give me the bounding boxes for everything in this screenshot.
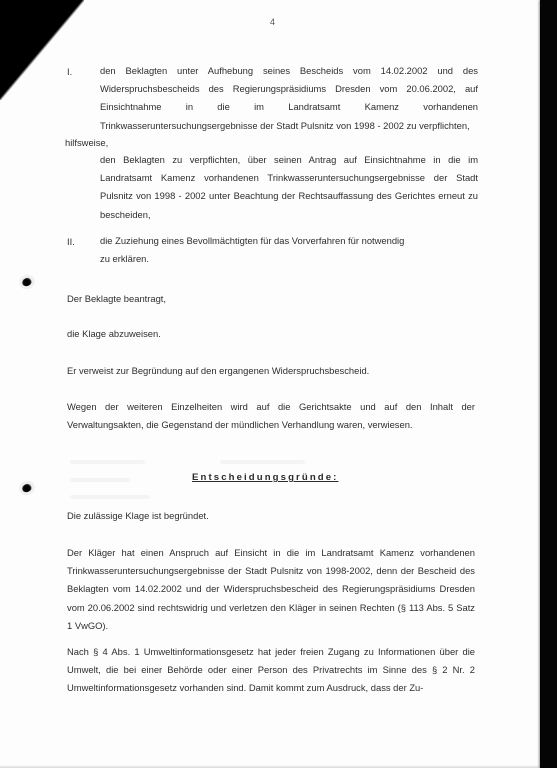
- further-details: Wegen der weiteren Einzelheiten wird auf…: [67, 398, 475, 434]
- defendant-motion: die Klage abzuweisen.: [67, 325, 161, 343]
- defendant-requests: Der Beklagte beantragt,: [67, 290, 166, 308]
- motion-item-2-line2: zu erklären.: [100, 250, 149, 268]
- alternative-motion-text: den Beklagten zu verpflichten, über sein…: [100, 151, 478, 224]
- defendant-reference: Er verweist zur Begründung auf den ergan…: [67, 362, 369, 380]
- paragraph-1: Die zulässige Klage ist begründet.: [67, 507, 209, 525]
- motion-item-marker: I.: [67, 66, 72, 77]
- bleed-through-text: [70, 478, 130, 482]
- bleed-through-text: [70, 460, 145, 464]
- motion-item-2-line1: die Zuziehung eines Bevollmächtigten für…: [100, 232, 480, 250]
- scan-edge-shadow: [540, 0, 557, 768]
- motion-item-text: den Beklagten unter Aufhebung seines Bes…: [100, 62, 478, 135]
- page-number: 4: [270, 17, 275, 27]
- punch-hole-icon: [21, 482, 33, 493]
- section-heading: Entscheidungsgründe:: [192, 472, 338, 483]
- bleed-through-text: [220, 460, 305, 464]
- alternative-label: hilfsweise,: [65, 134, 108, 152]
- scanned-page: 4 I. den Beklagten unter Aufhebung seine…: [0, 0, 557, 768]
- paragraph-3: Nach § 4 Abs. 1 Umweltinformationsgesetz…: [67, 643, 475, 698]
- punch-hole-icon: [21, 276, 33, 287]
- bleed-through-text: [70, 495, 150, 499]
- motion-item-marker: II.: [67, 236, 75, 247]
- scan-corner-shadow: [0, 0, 84, 100]
- paragraph-2: Der Kläger hat einen Anspruch auf Einsic…: [67, 544, 475, 635]
